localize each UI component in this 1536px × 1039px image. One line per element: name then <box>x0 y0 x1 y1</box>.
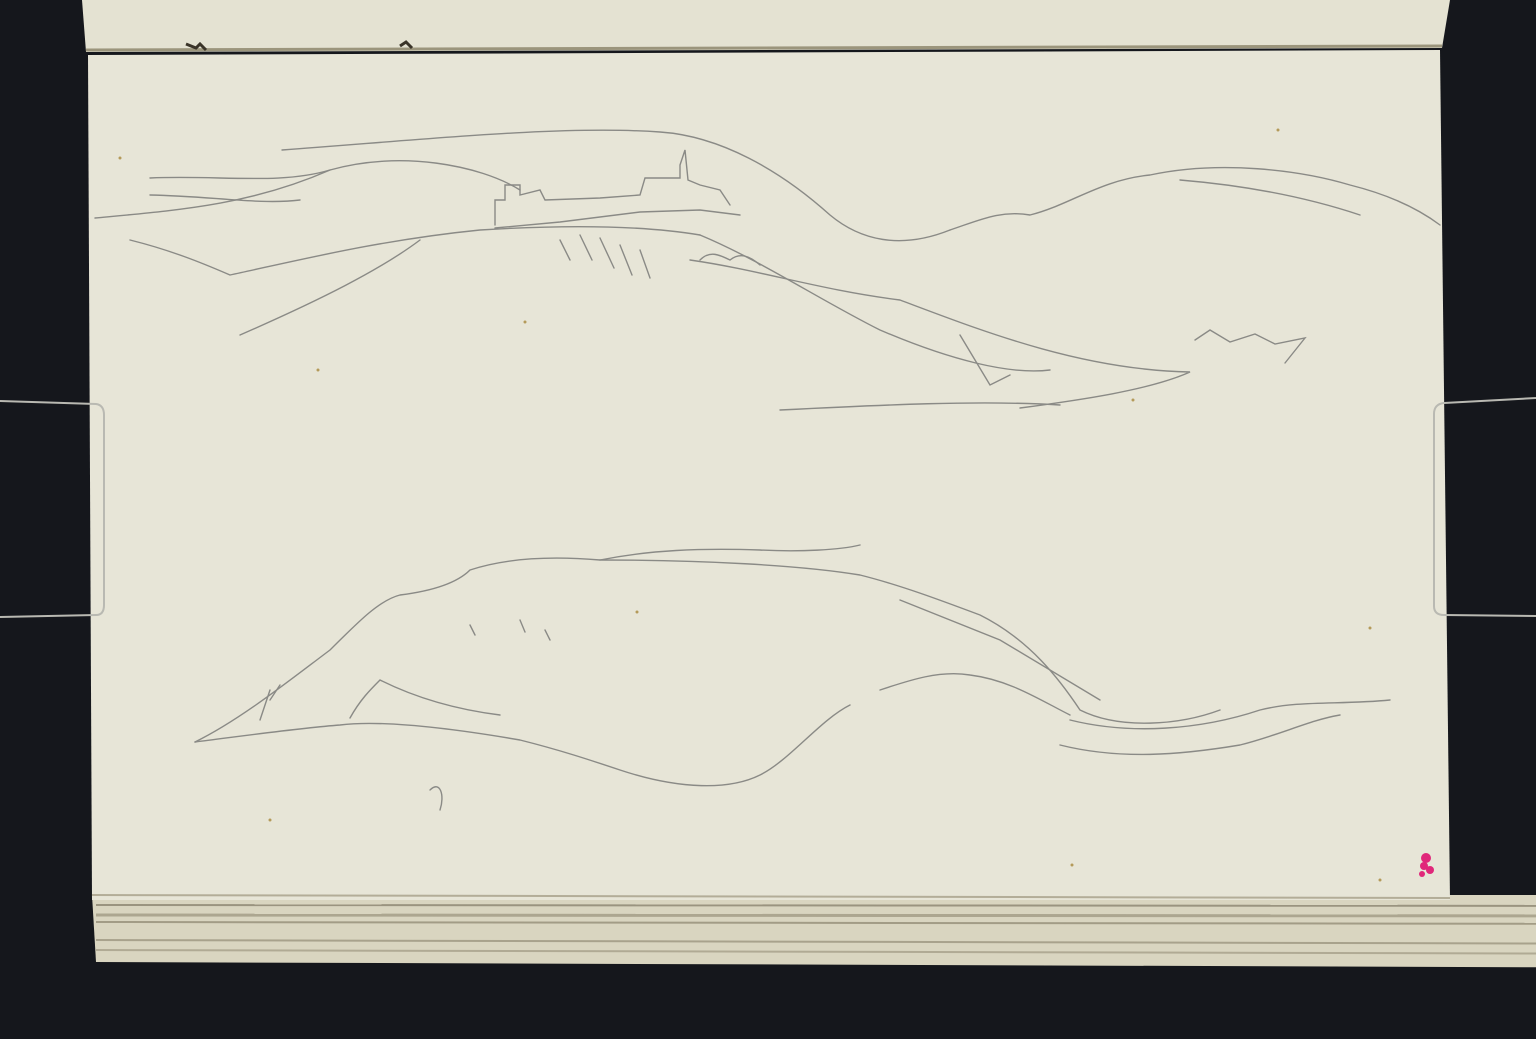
sketchbook-photo <box>0 0 1536 1039</box>
sketchbook-illustration <box>0 0 1536 1039</box>
previous-page-strip <box>82 0 1450 52</box>
page-stack <box>92 895 1536 968</box>
